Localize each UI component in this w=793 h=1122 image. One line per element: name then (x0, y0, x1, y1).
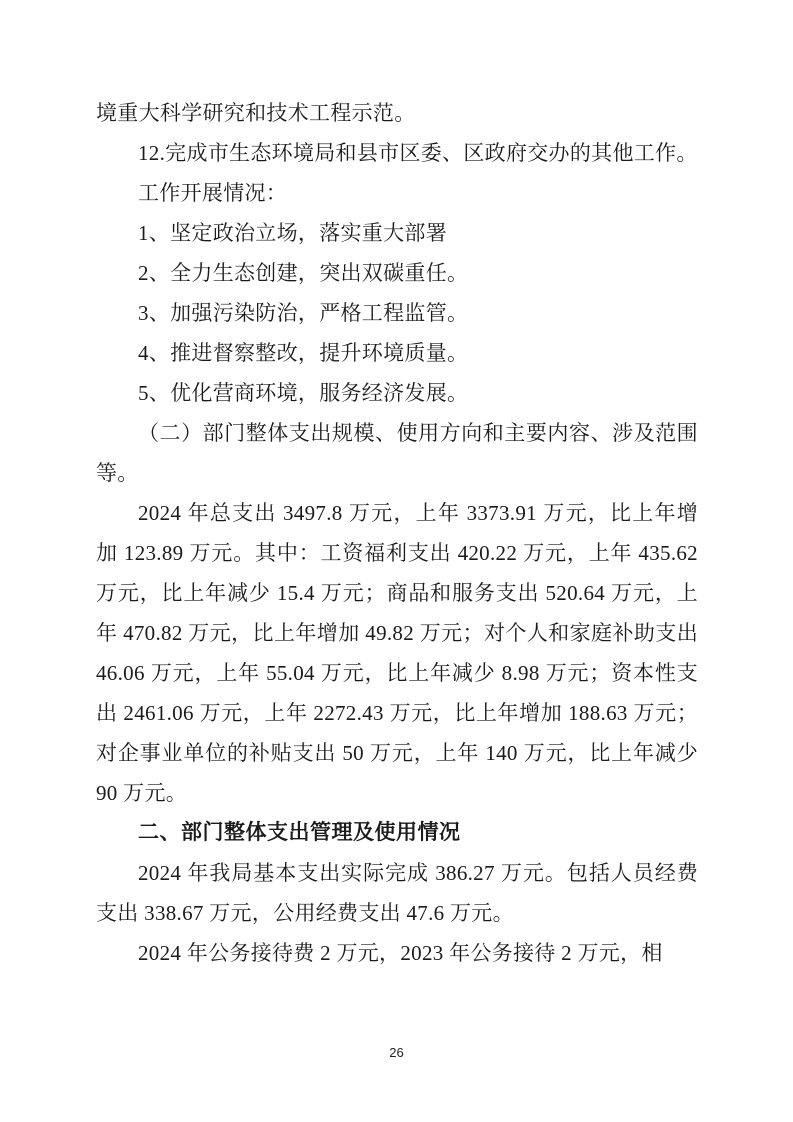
list-item-3: 3、加强污染防治，严格工程监管。 (96, 293, 698, 333)
list-item-4: 4、推进督察整改，提升环境质量。 (96, 333, 698, 373)
label-work-progress: 工作开展情况： (96, 173, 698, 213)
document-body: 境重大科学研究和技术工程示范。 12.完成市生态环境局和县市区委、区政府交办的其… (96, 93, 698, 973)
paragraph-continuation: 境重大科学研究和技术工程示范。 (96, 93, 698, 133)
list-item-2: 2、全力生态创建，突出双碳重任。 (96, 253, 698, 293)
paragraph-official-reception: 2024 年公务接待费 2 万元，2023 年公务接待 2 万元，相 (96, 933, 698, 973)
page-number: 26 (0, 1045, 793, 1060)
list-item-12: 12.完成市生态环境局和县市区委、区政府交办的其他工作。 (96, 133, 698, 173)
list-item-1: 1、坚定政治立场，落实重大部署 (96, 213, 698, 253)
paragraph-total-expenditure: 2024 年总支出 3497.8 万元，上年 3373.91 万元，比上年增加 … (96, 493, 698, 813)
paragraph-basic-expenditure: 2024 年我局基本支出实际完成 386.27 万元。包括人员经费支出 338.… (96, 853, 698, 933)
subsection-heading-two: （二）部门整体支出规模、使用方向和主要内容、涉及范围等。 (96, 413, 698, 493)
document-page: 境重大科学研究和技术工程示范。 12.完成市生态环境局和县市区委、区政府交办的其… (0, 0, 793, 1122)
section-heading-expenditure-management: 二、部门整体支出管理及使用情况 (96, 813, 698, 853)
list-item-5: 5、优化营商环境，服务经济发展。 (96, 373, 698, 413)
